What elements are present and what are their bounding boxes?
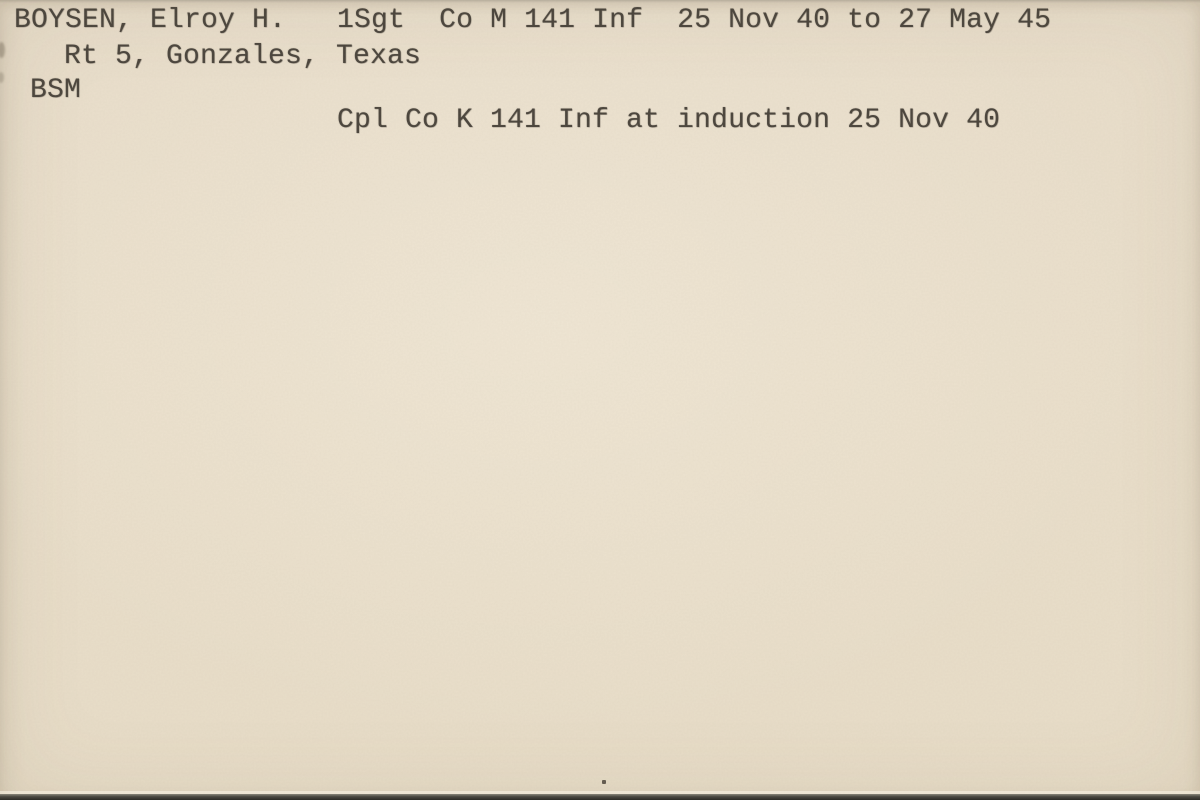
card-line-award: BSM [30,74,81,108]
paper-speck [602,780,606,784]
index-card: BOYSEN, Elroy H. 1Sgt Co M 141 Inf 25 No… [0,0,1200,800]
left-edge-smudge [0,42,5,58]
left-edge-smudge [0,72,4,83]
card-top-edge-shading [0,0,1200,3]
card-bottom-edge-shadow [0,794,1200,800]
card-line-induction-note: Cpl Co K 141 Inf at induction 25 Nov 40 [337,104,1000,138]
card-line-address: Rt 5, Gonzales, Texas [64,40,421,74]
card-line-name-rank-unit-dates: BOYSEN, Elroy H. 1Sgt Co M 141 Inf 25 No… [14,4,1051,38]
